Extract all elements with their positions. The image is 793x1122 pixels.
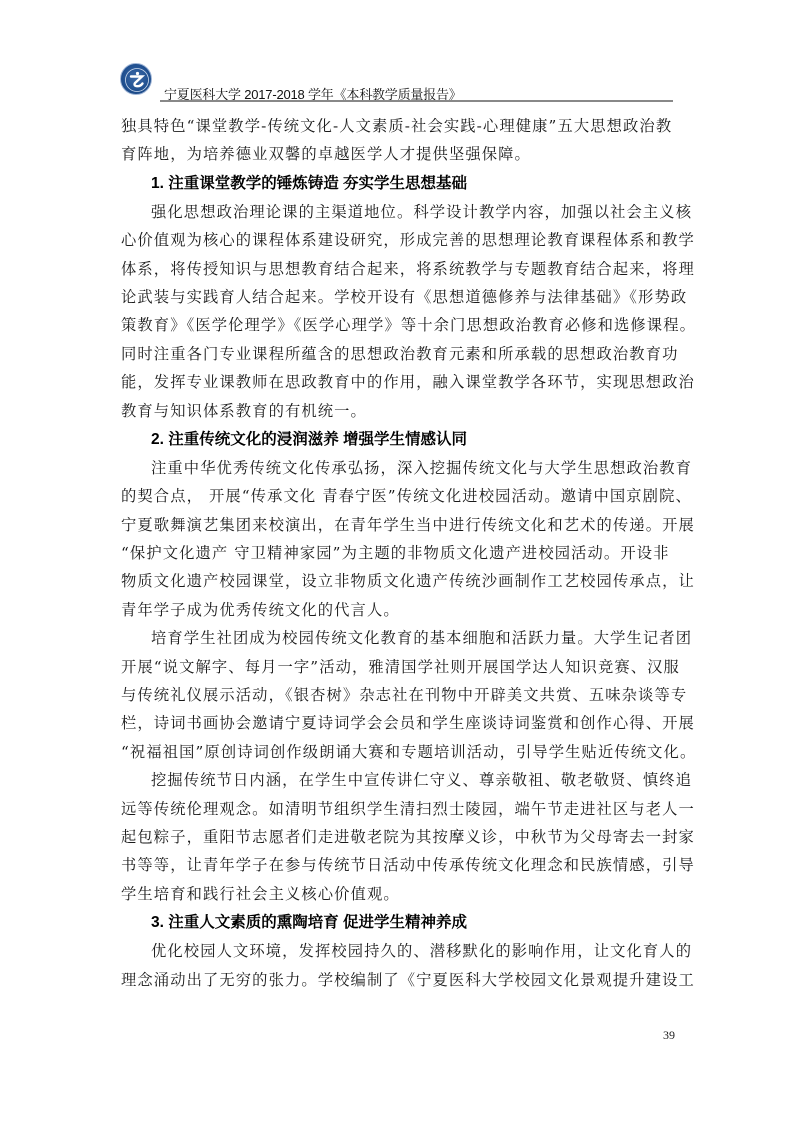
text-line: 培育学生社团成为校园传统文化教育的基本细胞和活跃力量。大学生记者团 <box>121 624 673 652</box>
text-line: 与传统礼仪展示活动，《银杏树》杂志社在刊物中开辟美文共赏、五味杂谈等专 <box>121 681 673 709</box>
university-logo-icon <box>120 63 152 95</box>
text-line: 物质文化遗产校园课堂，设立非物质文化遗产传统沙画制作工艺校园传承点，让 <box>121 567 673 595</box>
text-line: 优化校园人文环境，发挥校园持久的、潜移默化的影响作用，让文化育人的 <box>121 937 673 965</box>
text-line: 书等等，让青年学子在参与传统节日活动中传承传统文化理念和民族情感，引导 <box>121 851 673 879</box>
document-body: 独具特色“课堂教学-传统文化-人文素质-社会实践-心理健康”五大思想政治教 育阵… <box>121 112 673 994</box>
paragraph: 优化校园人文环境，发挥校园持久的、潜移默化的影响作用，让文化育人的 理念涌动出了… <box>121 937 673 994</box>
section-heading-1: 1. 注重课堂教学的锤炼铸造 夯实学生思想基础 <box>121 169 673 198</box>
intro-paragraph: 独具特色“课堂教学-传统文化-人文素质-社会实践-心理健康”五大思想政治教 育阵… <box>121 112 673 169</box>
text-line: 同时注重各门专业课程所蕴含的思想政治教育元素和所承载的思想政治教育功 <box>121 340 673 368</box>
header-divider <box>160 100 673 102</box>
text-line: 远等传统伦理观念。如清明节组织学生清扫烈士陵园，端午节走进社区与老人一 <box>121 795 673 823</box>
paragraph: 挖掘传统节日内涵，在学生中宣传讲仁守义、尊亲敬祖、敬老敬贤、慎终追 远等传统伦理… <box>121 766 673 908</box>
text-line: 栏，诗词书画协会邀请宁夏诗词学会会员和学生座谈诗词鉴赏和创作心得、开展 <box>121 709 673 737</box>
emblem-glyph-icon <box>121 64 153 96</box>
text-line: 理念涌动出了无穷的张力。学校编制了《宁夏医科大学校园文化景观提升建设工 <box>121 966 673 994</box>
text-line: 心价值观为核心的课程体系建设研究，形成完善的思想理论教育课程体系和教学 <box>121 226 673 254</box>
text-line: “保护文化遗产 守卫精神家园”为主题的非物质文化遗产进校园活动。开设非 <box>121 539 673 567</box>
paragraph: 培育学生社团成为校园传统文化教育的基本细胞和活跃力量。大学生记者团 开展“说文解… <box>121 624 673 766</box>
text-line: 开展“说文解字、每月一字”活动，雅清国学社则开展国学达人知识竞赛、汉服 <box>121 653 673 681</box>
text-line: 论武装与实践育人结合起来。学校开设有《思想道德修养与法律基础》《形势政 <box>121 283 673 311</box>
text-line: 的契合点， 开展“传承文化 青春宁医”传统文化进校园活动。邀请中国京剧院、 <box>121 482 673 510</box>
text-line: 能，发挥专业课教师在思政教育中的作用，融入课堂教学各环节，实现思想政治 <box>121 368 673 396</box>
text-line: 独具特色“课堂教学-传统文化-人文素质-社会实践-心理健康”五大思想政治教 <box>121 112 673 140</box>
text-line: 体系，将传授知识与思想教育结合起来，将系统教学与专题教育结合起来，将理 <box>121 255 673 283</box>
text-line: 注重中华优秀传统文化传承弘扬，深入挖掘传统文化与大学生思想政治教育 <box>121 454 673 482</box>
page-number: 39 <box>650 1028 675 1043</box>
text-line: 育阵地，为培养德业双馨的卓越医学人才提供坚强保障。 <box>121 140 673 168</box>
text-line: 教育与知识体系教育的有机统一。 <box>121 397 673 425</box>
text-line: “祝福祖国”原创诗词创作级朗诵大赛和专题培训活动，引导学生贴近传统文化。 <box>121 738 673 766</box>
text-line: 青年学子成为优秀传统文化的代言人。 <box>121 596 673 624</box>
text-line: 强化思想政治理论课的主渠道地位。科学设计教学内容，加强以社会主义核 <box>121 198 673 226</box>
document-page: 宁夏医科大学 2017-2018 学年《本科教学质量报告》 独具特色“课堂教学-… <box>0 0 793 1122</box>
paragraph: 注重中华优秀传统文化传承弘扬，深入挖掘传统文化与大学生思想政治教育 的契合点， … <box>121 454 673 624</box>
section-heading-2: 2. 注重传统文化的浸润滋养 增强学生情感认同 <box>121 425 673 454</box>
text-line: 学生培育和践行社会主义核心价值观。 <box>121 880 673 908</box>
text-line: 策教育》《医学伦理学》《医学心理学》等十余门思想政治教育必修和选修课程。 <box>121 311 673 339</box>
text-line: 挖掘传统节日内涵，在学生中宣传讲仁守义、尊亲敬祖、敬老敬贤、慎终追 <box>121 766 673 794</box>
paragraph: 强化思想政治理论课的主渠道地位。科学设计教学内容，加强以社会主义核 心价值观为核… <box>121 198 673 425</box>
section-heading-3: 3. 注重人文素质的熏陶培育 促进学生精神养成 <box>121 908 673 937</box>
text-line: 起包粽子，重阳节志愿者们走进敬老院为其按摩义诊，中秋节为父母寄去一封家 <box>121 823 673 851</box>
text-line: 宁夏歌舞演艺集团来校演出，在青年学生当中进行传统文化和艺术的传递。开展 <box>121 511 673 539</box>
